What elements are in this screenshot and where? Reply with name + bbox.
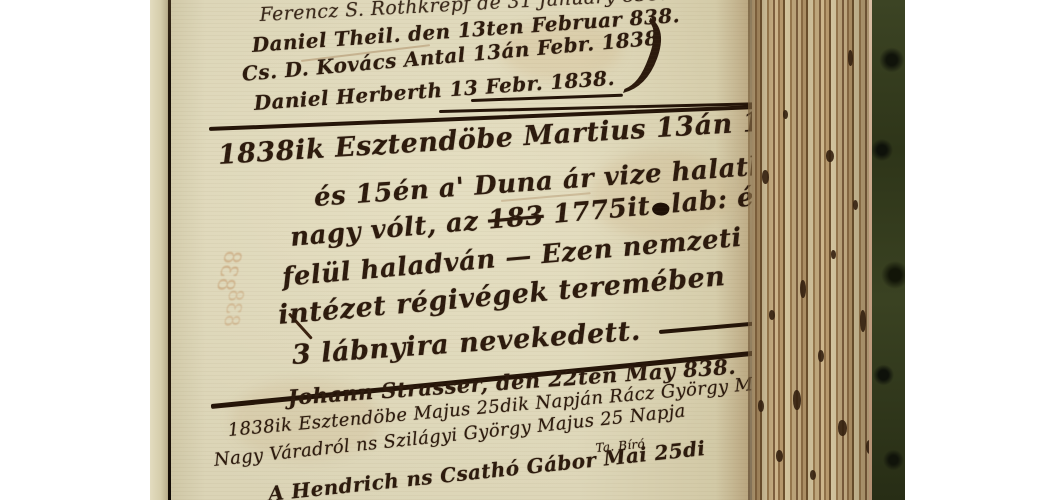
flood-line3-pre: nagy vólt, az — [289, 207, 480, 253]
fore-edge-ink-spot — [826, 150, 834, 162]
fore-edge-ink-spot — [818, 350, 824, 362]
fore-edge-ink-spot — [800, 280, 806, 298]
ink-blot — [651, 201, 670, 217]
flood-line3-mid: 1775it — [552, 192, 652, 230]
fore-edge-ink-spot — [758, 400, 764, 412]
fore-edge-ink-spot — [831, 250, 836, 259]
fore-edge-ink-spot — [853, 200, 858, 210]
book-fore-edge — [752, 0, 872, 500]
fore-edge-ink-spot — [860, 310, 866, 332]
fore-edge-ink-spot — [783, 110, 788, 119]
fore-edge-ink-spot — [762, 170, 769, 184]
fore-edge-ink-spot — [793, 390, 801, 410]
fore-edge-ink-spot — [838, 420, 847, 436]
book-cover — [872, 0, 905, 500]
fore-edge-ink-spot — [776, 450, 783, 462]
page-left-edge — [150, 0, 168, 500]
book-photo: 838 838 Ferencz S. Rothkrepf de 31 Janua… — [150, 0, 905, 500]
manuscript-page: 838 838 Ferencz S. Rothkrepf de 31 Janua… — [171, 0, 750, 500]
fore-edge-ink-spot — [848, 50, 853, 66]
fore-edge-ink-spot — [810, 470, 816, 480]
fore-edge-ink-spot — [769, 310, 775, 320]
struck-word: 183 — [487, 201, 545, 236]
showthrough-mark: 838 — [219, 287, 249, 328]
